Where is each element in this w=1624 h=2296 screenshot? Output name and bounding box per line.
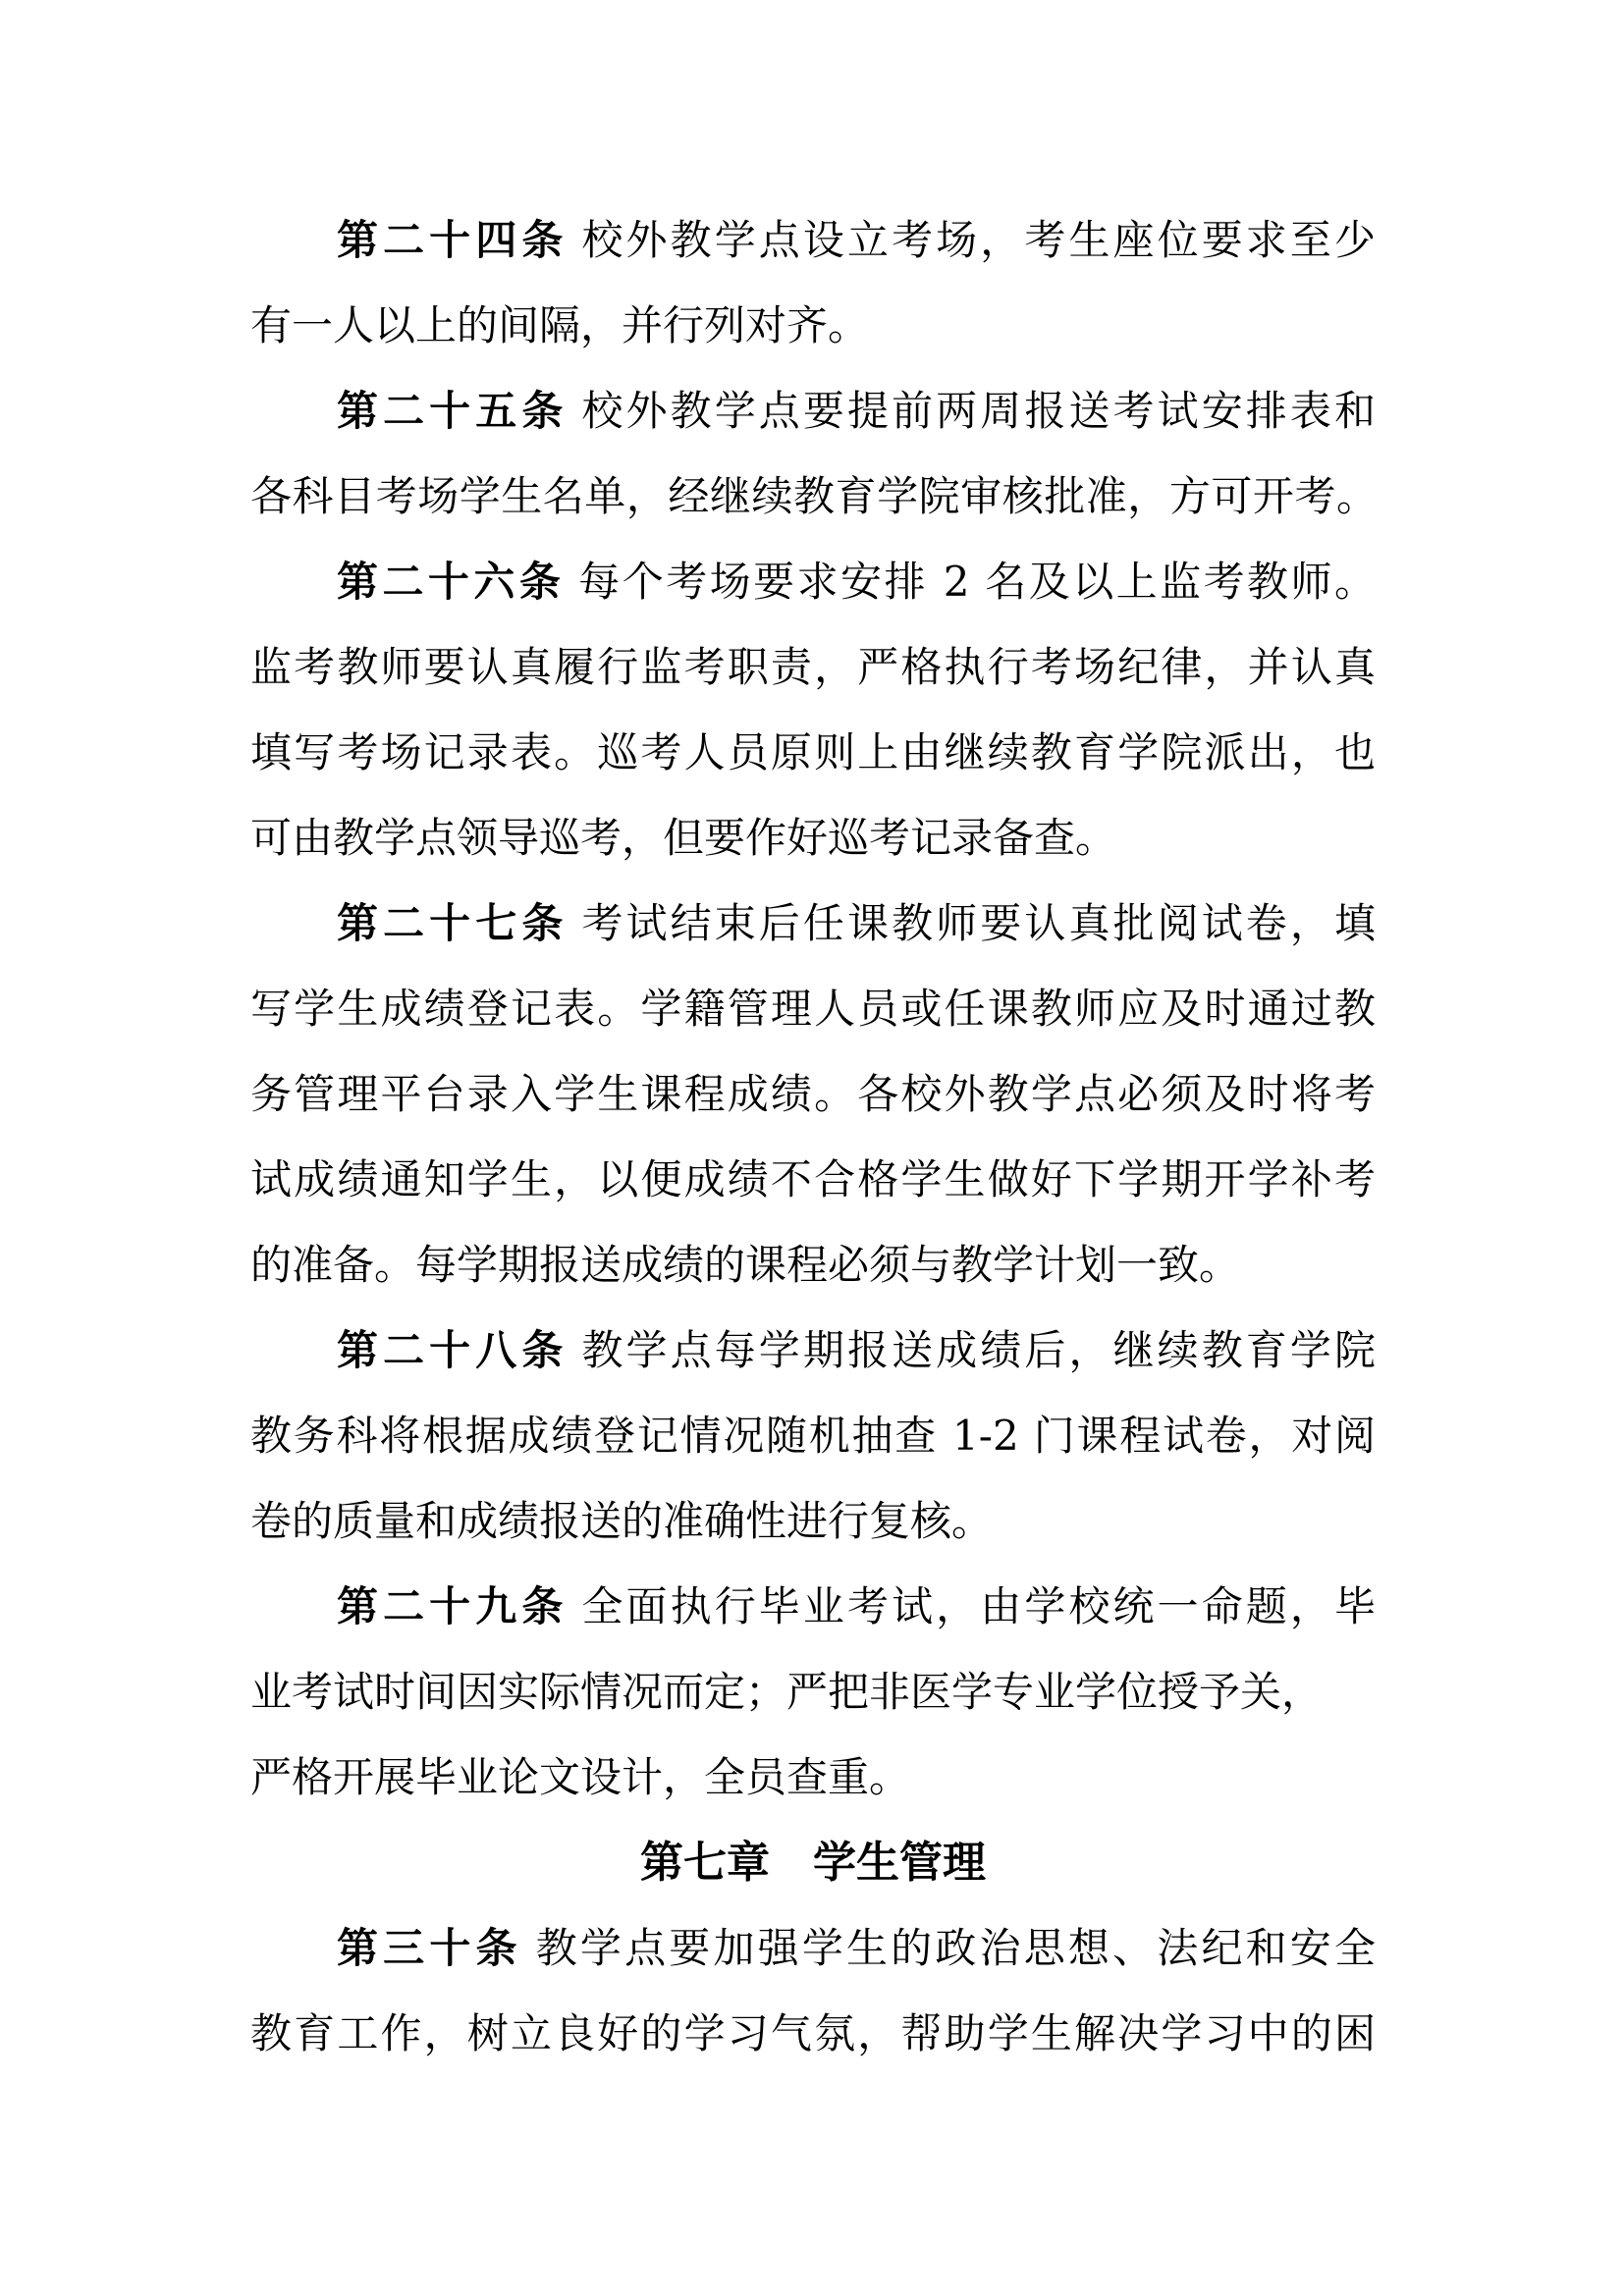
article-label: 第二十五条 [337, 387, 568, 435]
article-text: 校外教学点设立考场，考生座位要求至少 [581, 216, 1376, 264]
chapter-heading: 第七章 学生管理 [250, 1820, 1376, 1905]
article-text: 教学点每学期报送成绩后，继续教育学院 [581, 1326, 1376, 1374]
article-label: 第二十八条 [337, 1326, 568, 1374]
article-27: 第二十七条考试结束后任课教师要认真批阅试卷，填 写学生成绩登记表。学籍管理人员或… [250, 881, 1376, 1308]
article-line: 业考试时间因实际情况而定；严把非医学专业学位授予关， [250, 1649, 1376, 1735]
article-label: 第二十四条 [337, 216, 568, 264]
article-30: 第三十条教学点要加强学生的政治思想、法纪和安全 教育工作，树立良好的学习气氛，帮… [250, 1905, 1376, 2076]
article-text: 校外教学点要提前两周报送考试安排表和 [581, 387, 1376, 435]
article-line: 卷的质量和成绩报送的准确性进行复核。 [250, 1478, 1376, 1564]
article-text: 考试结束后任课教师要认真批阅试卷，填 [581, 899, 1376, 947]
article-line: 写学生成绩登记表。学籍管理人员或任课教师应及时通过教 [250, 966, 1376, 1051]
article-first-line: 第二十六条每个考场要求安排 2 名及以上监考教师。 [250, 539, 1376, 624]
document-page: 第二十四条校外教学点设立考场，考生座位要求至少 有一人以上的间隔，并行列对齐。 … [250, 197, 1376, 2076]
article-label: 第二十六条 [337, 558, 565, 606]
article-first-line: 第二十四条校外教学点设立考场，考生座位要求至少 [250, 197, 1376, 283]
article-line: 各科目考场学生名单，经继续教育学院审核批准，方可开考。 [250, 454, 1376, 539]
article-line: 监考教师要认真履行监考职责，严格执行考场纪律，并认真 [250, 624, 1376, 710]
article-label: 第二十七条 [337, 899, 568, 947]
article-text: 每个考场要求安排 2 名及以上监考教师。 [578, 558, 1376, 606]
article-line: 试成绩通知学生，以便成绩不合格学生做好下学期开学补考 [250, 1137, 1376, 1222]
article-28: 第二十八条教学点每学期报送成绩后，继续教育学院 教务科将根据成绩登记情况随机抽查… [250, 1308, 1376, 1564]
article-29: 第二十九条全面执行毕业考试，由学校统一命题，毕 业考试时间因实际情况而定；严把非… [250, 1564, 1376, 1820]
article-line: 的准备。每学期报送成绩的课程必须与教学计划一致。 [250, 1222, 1376, 1308]
article-line: 务管理平台录入学生课程成绩。各校外教学点必须及时将考 [250, 1051, 1376, 1137]
article-line: 填写考场记录表。巡考人员原则上由继续教育学院派出，也 [250, 710, 1376, 795]
article-25: 第二十五条校外教学点要提前两周报送考试安排表和 各科目考场学生名单，经继续教育学… [250, 368, 1376, 539]
article-line: 可由教学点领导巡考，但要作好巡考记录备查。 [250, 795, 1376, 881]
article-26: 第二十六条每个考场要求安排 2 名及以上监考教师。 监考教师要认真履行监考职责，… [250, 539, 1376, 881]
article-first-line: 第二十七条考试结束后任课教师要认真批阅试卷，填 [250, 881, 1376, 966]
article-line: 教育工作，树立良好的学习气氛，帮助学生解决学习中的困 [250, 1991, 1376, 2076]
article-line: 有一人以上的间隔，并行列对齐。 [250, 283, 1376, 368]
article-line: 教务科将根据成绩登记情况随机抽查 1-2 门课程试卷，对阅 [250, 1393, 1376, 1478]
article-label: 第三十条 [337, 1924, 522, 1972]
article-line: 严格开展毕业论文设计，全员查重。 [250, 1735, 1376, 1820]
article-text: 全面执行毕业考试，由学校统一命题，毕 [581, 1582, 1376, 1630]
article-label: 第二十九条 [337, 1582, 568, 1630]
article-24: 第二十四条校外教学点设立考场，考生座位要求至少 有一人以上的间隔，并行列对齐。 [250, 197, 1376, 368]
article-text: 教学点要加强学生的政治思想、法纪和安全 [536, 1924, 1376, 1972]
article-first-line: 第二十八条教学点每学期报送成绩后，继续教育学院 [250, 1308, 1376, 1393]
article-first-line: 第三十条教学点要加强学生的政治思想、法纪和安全 [250, 1905, 1376, 1991]
article-first-line: 第二十五条校外教学点要提前两周报送考试安排表和 [250, 368, 1376, 454]
article-first-line: 第二十九条全面执行毕业考试，由学校统一命题，毕 [250, 1564, 1376, 1649]
